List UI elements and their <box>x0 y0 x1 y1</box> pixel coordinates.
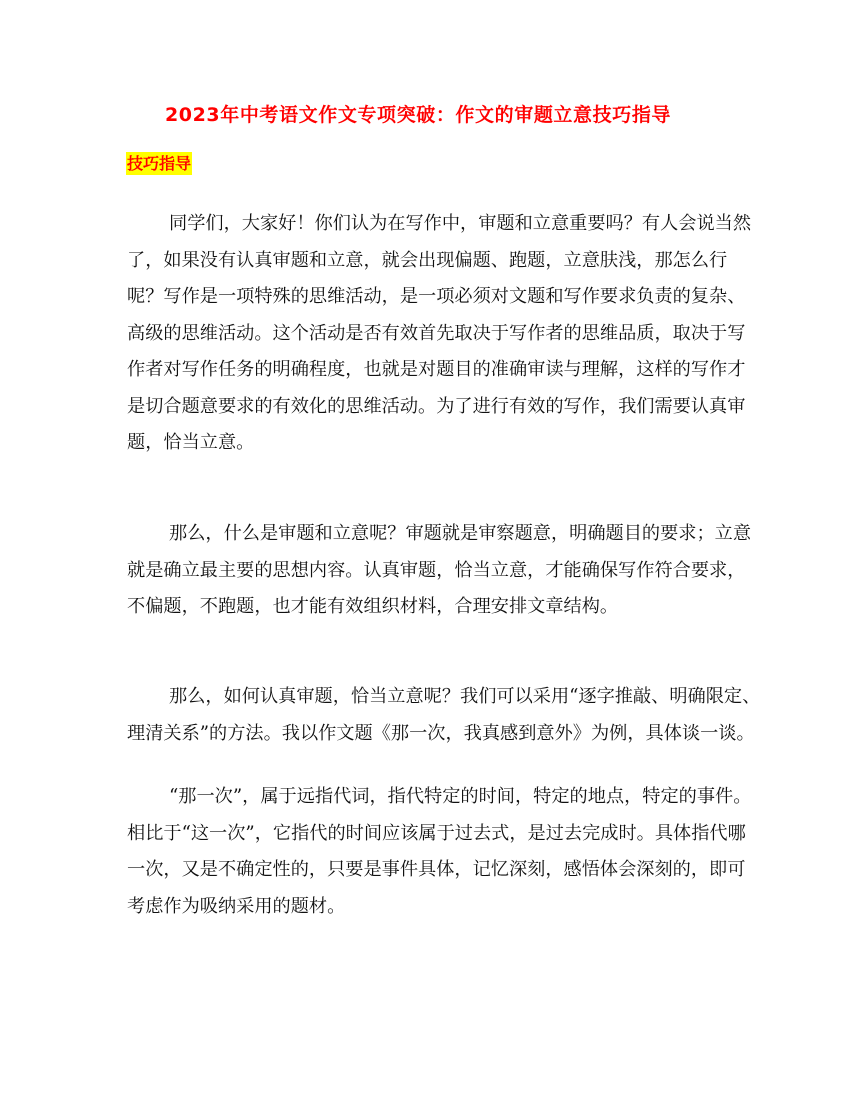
text-line: 高级的思维活动。这个活动是否有效首先取决于写作者的思维品质，取决于写 <box>127 316 727 353</box>
text-line: 呢？写作是一项特殊的思维活动，是一项必须对文题和写作要求负责的复杂、 <box>127 279 727 316</box>
text-line: 那么，如何认真审题，恰当立意呢？我们可以采用“逐字推敲、明确限定、 <box>127 679 727 716</box>
paragraph-definition: 那么，什么是审题和立意呢？审题就是审察题意，明确题目的要求；立意 就是确立最主要… <box>127 516 727 626</box>
paragraph-intro: 同学们，大家好！你们认为在写作中，审题和立意重要吗？有人会说当然 了，如果没有认… <box>127 206 727 462</box>
text-line: 作者对写作任务的明确程度，也就是对题目的准确审读与理解，这样的写作才 <box>127 352 727 389</box>
document-title: 2023年中考语文作文专项突破：作文的审题立意技巧指导 <box>0 102 836 128</box>
text-line: 题，恰当立意。 <box>127 425 727 462</box>
paragraph-example-analysis: “那一次”，属于远指代词，指代特定的时间，特定的地点，特定的事件。 相比于“这一… <box>127 779 727 925</box>
text-line: 考虑作为吸纳采用的题材。 <box>127 889 727 926</box>
text-line: 不偏题，不跑题，也才能有效组织材料，合理安排文章结构。 <box>127 589 727 626</box>
paragraph-method: 那么，如何认真审题，恰当立意呢？我们可以采用“逐字推敲、明确限定、 理清关系”的… <box>127 679 727 752</box>
text-line: 那么，什么是审题和立意呢？审题就是审察题意，明确题目的要求；立意 <box>127 516 727 553</box>
document-page: 2023年中考语文作文专项突破：作文的审题立意技巧指导 技巧指导 同学们，大家好… <box>0 0 860 1113</box>
text-line: 了，如果没有认真审题和立意，就会出现偏题、跑题，立意肤浅，那怎么行 <box>127 243 727 280</box>
text-line: 相比于“这一次”，它指代的时间应该属于过去式，是过去完成时。具体指代哪 <box>127 816 727 853</box>
text-line: 就是确立最主要的思想内容。认真审题，恰当立意，才能确保写作符合要求， <box>127 553 727 590</box>
text-line: 同学们，大家好！你们认为在写作中，审题和立意重要吗？有人会说当然 <box>127 206 727 243</box>
text-line: “那一次”，属于远指代词，指代特定的时间，特定的地点，特定的事件。 <box>127 779 727 816</box>
text-line: 理清关系”的方法。我以作文题《那一次，我真感到意外》为例，具体谈一谈。 <box>127 716 727 753</box>
text-line: 一次，又是不确定性的，只要是事件具体，记忆深刻，感悟体会深刻的，即可 <box>127 852 727 889</box>
text-line: 是切合题意要求的有效化的思维活动。为了进行有效的写作，我们需要认真审 <box>127 389 727 426</box>
section-heading-highlighted: 技巧指导 <box>126 152 192 175</box>
